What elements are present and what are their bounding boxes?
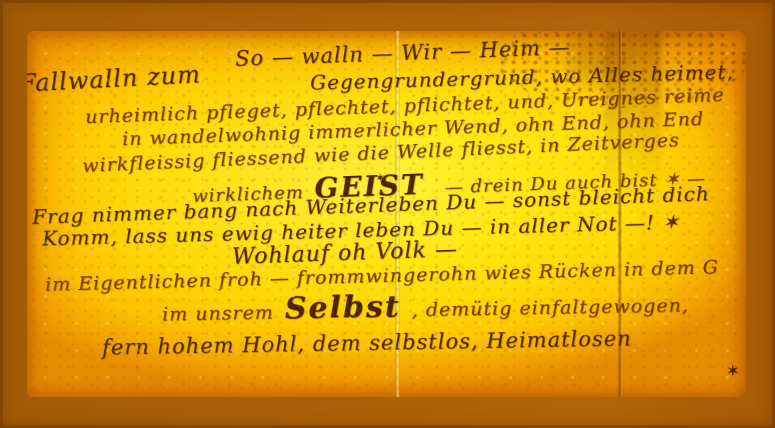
photo-frame: So — walln — Wir — Heim — Fallwalln zum …: [0, 0, 775, 428]
manuscript-line-2-start: Fallwalln zum: [27, 60, 201, 97]
manuscript-paper: So — walln — Wir — Heim — Fallwalln zum …: [27, 31, 746, 397]
star-mark-bottom: ✶: [726, 361, 740, 380]
manuscript-line-11: im unsrem Selbst , demütig einfaltgewoge…: [162, 284, 689, 328]
line-text: , demütig einfaltgewogen,: [412, 294, 689, 321]
star-mark-geist: ✶: [375, 171, 386, 184]
line-text: im unsrem: [162, 302, 274, 326]
emphasis-word-selbst: Selbst: [280, 289, 404, 326]
manuscript-line-12: fern hohem Hohl, dem selbstlos, Heimatlo…: [102, 326, 632, 359]
